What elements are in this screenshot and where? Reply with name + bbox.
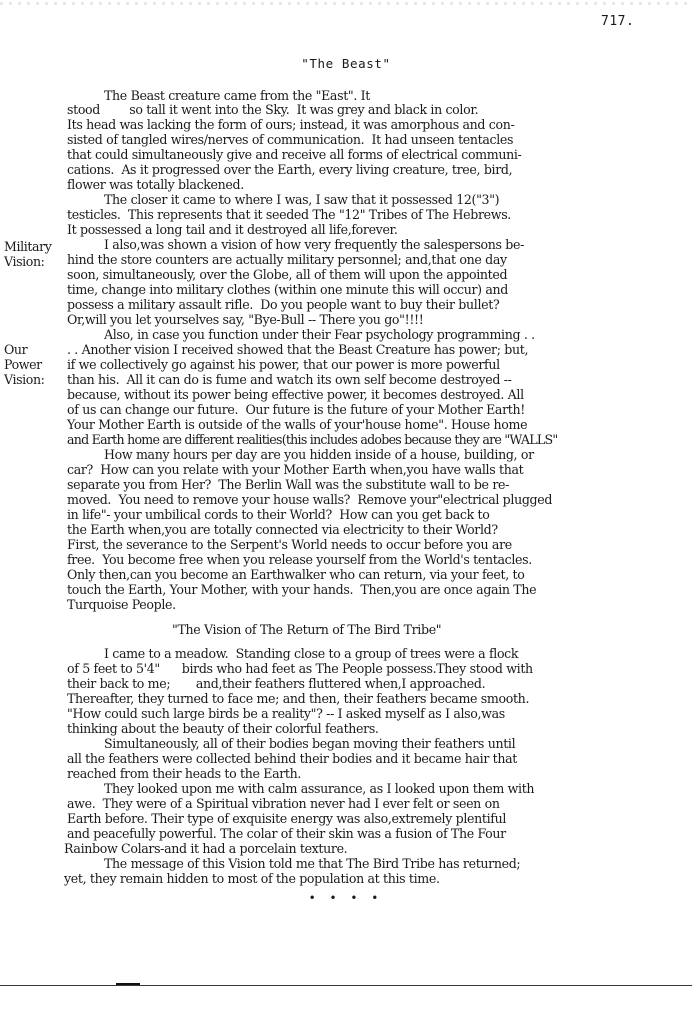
margin-note-military: Military — [4, 239, 51, 254]
text-line: reached from their heads to the Earth. — [67, 766, 301, 781]
text-line: of 5 feet to 5'4" birds who had feet as … — [67, 661, 533, 676]
text-line: touch the Earth, Your Mother, with your … — [67, 582, 536, 597]
text-line: car? How can you relate with your Mother… — [67, 462, 523, 477]
text-line: How many hours per day are you hidden in… — [104, 447, 534, 462]
text-line: Simultaneously, all of their bodies bega… — [104, 736, 515, 751]
text-line: if we collectively go against his power,… — [67, 357, 500, 372]
text-line: because, without its power being effecti… — [67, 387, 524, 402]
text-line: Only then,can you become an Earthwalker … — [67, 567, 524, 582]
text-line: and Earth home are different realities(t… — [67, 432, 557, 447]
text-line: free. You become free when you release y… — [67, 552, 532, 567]
text-line: hind the store counters are actually mil… — [67, 252, 507, 267]
text-line: The message of this Vision told me that … — [104, 856, 520, 871]
margin-note-power: Our — [4, 342, 27, 357]
text-line: I came to a meadow. Standing close to a … — [104, 646, 518, 661]
text-line: stood so tall it went into the Sky. It w… — [67, 102, 478, 117]
text-line: Its head was lacking the form of ours; i… — [67, 117, 514, 132]
text-line: and peacefully powerful. The colar of th… — [67, 826, 506, 841]
end-mark: • • • • — [0, 891, 692, 905]
text-line: It possessed a long tail and it destroye… — [67, 222, 398, 237]
text-line: Earth before. Their type of exquisite en… — [67, 811, 506, 826]
page-bottom-rule — [0, 985, 692, 986]
text-line: awe. They were of a Spiritual vibration … — [67, 796, 500, 811]
scan-artifact-top — [0, 2, 692, 5]
text-line: than his. All it can do is fume and watc… — [67, 372, 512, 387]
text-line: time, change into military clothes (with… — [67, 282, 508, 297]
text-line: I also,was shown a vision of how very fr… — [104, 237, 524, 252]
text-line: soon, simultaneously, over the Globe, al… — [67, 267, 507, 282]
page-number: 717. — [601, 14, 634, 29]
scan-artifact-mark — [116, 983, 140, 985]
text-line: possess a military assault rifle. Do you… — [67, 297, 499, 312]
margin-note-military: Vision: — [4, 254, 45, 269]
text-line: moved. You need to remove your house wal… — [67, 492, 552, 507]
text-line: thinking about the beauty of their color… — [67, 721, 379, 736]
document-title: "The Beast" — [0, 56, 692, 71]
text-line: Rainbow Colars-and it had a porcelain te… — [64, 841, 347, 856]
text-line: flower was totally blackened. — [67, 177, 244, 192]
text-line: Your Mother Earth is outside of the wall… — [67, 417, 527, 432]
text-line: sisted of tangled wires/nerves of commun… — [67, 132, 513, 147]
margin-note-power: Power — [4, 357, 42, 372]
text-line: testicles. This represents that it seede… — [67, 207, 511, 222]
text-line: They looked upon me with calm assurance,… — [104, 781, 534, 796]
text-line: in life"- your umbilical cords to their … — [67, 507, 490, 522]
text-line: . . Another vision I received showed tha… — [67, 342, 528, 357]
margin-note-power: Vision: — [4, 372, 45, 387]
text-line: cations. As it progressed over the Earth… — [67, 162, 512, 177]
text-line: The Beast creature came from the "East".… — [104, 88, 370, 103]
section-subtitle: "The Vision of The Return of The Bird Tr… — [172, 622, 441, 637]
text-line: separate you from Her? The Berlin Wall w… — [67, 477, 509, 492]
text-line: Or,will you let yourselves say, "Bye-Bul… — [67, 312, 423, 327]
text-line: that could simultaneously give and recei… — [67, 147, 521, 162]
text-line: The closer it came to where I was, I saw… — [104, 192, 499, 207]
text-line: "How could such large birds be a reality… — [67, 706, 505, 721]
text-line: yet, they remain hidden to most of the p… — [64, 871, 440, 886]
text-line: of us can change our future. Our future … — [67, 402, 525, 417]
text-line: the Earth when,you are totally connected… — [67, 522, 498, 537]
text-line: all the feathers were collected behind t… — [67, 751, 517, 766]
text-line: Also, in case you function under their F… — [104, 327, 535, 342]
text-line: Thereafter, they turned to face me; and … — [67, 691, 529, 706]
text-line: First, the severance to the Serpent's Wo… — [67, 537, 512, 552]
text-line: Turquoise People. — [67, 597, 176, 612]
text-line: their back to me; and,their feathers flu… — [67, 676, 485, 691]
